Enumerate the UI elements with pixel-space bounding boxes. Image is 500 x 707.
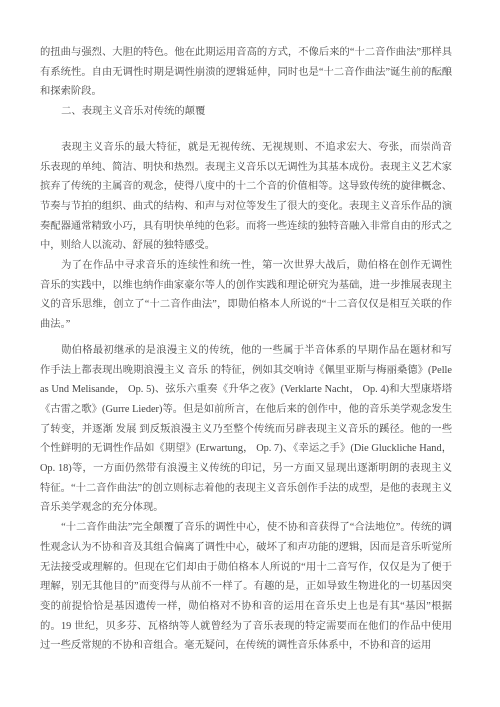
paragraph: 为了在作品中寻求音乐的连续性和统一性，第一次世界大战后，勋伯格在创作无调性音乐的… [40,256,452,335]
paragraph: 勋伯格最初继承的是浪漫主义的传统，他的一些属于半音体系的早期作品在题材和写作手法… [40,341,452,518]
paragraph-continuation: 的扭曲与强烈、大胆的特色。他在此期运用音高的方式，不像后来的“十二音作曲法”那样… [40,43,452,102]
paragraph: 表现主义音乐的最大特征，就是无视传统、无视规则、不追求宏大、夸张，而崇尚音乐表现… [40,138,452,256]
section-heading: 二、表现主义音乐对传统的颠覆 [40,102,452,122]
document-page: 的扭曲与强烈、大胆的特色。他在此期运用音高的方式，不像后来的“十二音作曲法”那样… [0,0,500,707]
paragraph: “十二音作曲法”完全颠覆了音乐的调性中心，使不协和音获得了“合法地位”。传统的调… [40,518,452,656]
